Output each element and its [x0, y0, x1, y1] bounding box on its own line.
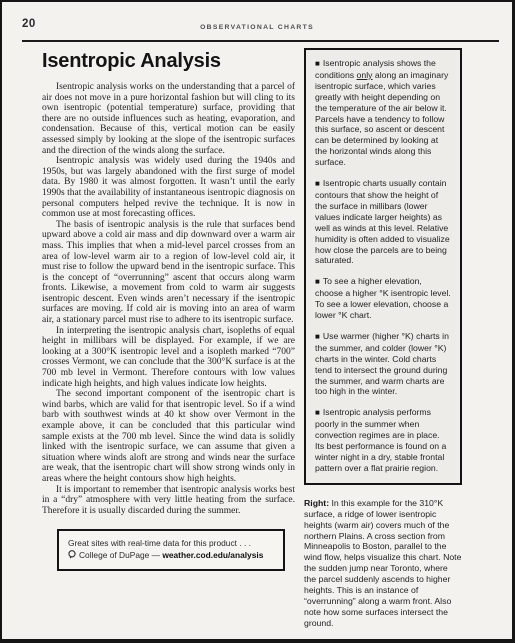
globe-icon	[68, 550, 76, 563]
main-column: Isentropic Analysis Isentropic analysis …	[42, 50, 295, 571]
square-bullet-icon: ■	[315, 408, 320, 417]
sidebar-bullet: ■Isentropic analysis performs poorly in …	[315, 407, 451, 473]
sidebar-bullet: ■Use warmer (higher °K) charts in the su…	[315, 331, 451, 397]
caption-text: In this example for the 310°K surface, a…	[304, 498, 461, 628]
caption-label: Right:	[304, 498, 329, 508]
bullet-text: To see a higher elevation, choose a high…	[315, 276, 451, 320]
square-bullet-icon: ■	[315, 277, 320, 286]
header-rule	[22, 40, 499, 42]
sidebar-bullet: ■To see a higher elevation, choose a hig…	[315, 276, 451, 321]
book-page: 20 OBSERVATIONAL CHARTS Isentropic Analy…	[0, 0, 515, 643]
separator-dash: —	[149, 550, 162, 560]
body-paragraph: The basis of isentropic analysis is the …	[42, 220, 295, 326]
bullet-text: Use warmer (higher °K) charts in the sum…	[315, 331, 449, 397]
bullet-text: Isentropic charts usually contain contou…	[315, 178, 450, 265]
square-bullet-icon: ■	[315, 59, 320, 68]
bullet-text: Isentropic analysis performs poorly in t…	[315, 407, 446, 473]
square-bullet-icon: ■	[315, 179, 320, 188]
body-paragraph: It is important to remember that isentro…	[42, 485, 295, 517]
site-url: weather.cod.edu/analysis	[162, 550, 263, 560]
sites-box-intro: Great sites with real-time data for this…	[68, 538, 275, 550]
body-paragraph: Isentropic analysis was widely used duri…	[42, 156, 295, 220]
body-paragraph: In interpreting the isentropic analysis …	[42, 326, 295, 390]
sidebar-bullet: ■Isentropic charts usually contain conto…	[315, 178, 451, 266]
square-bullet-icon: ■	[315, 332, 320, 341]
body-paragraph: Isentropic analysis works on the underst…	[42, 82, 295, 156]
running-header: OBSERVATIONAL CHARTS	[2, 24, 512, 31]
site-name: College of DuPage	[79, 550, 149, 560]
bullet-text: along an imaginary isentropic surface, w…	[315, 70, 448, 167]
sidebar-column: ■Isentropic analysis shows the condition…	[304, 48, 462, 629]
bullet-text-underlined: only	[357, 70, 373, 80]
figure-caption: Right: In this example for the 310°K sur…	[304, 498, 462, 629]
key-points-box: ■Isentropic analysis shows the condition…	[304, 48, 462, 485]
site-link-line: College of DuPage — weather.cod.edu/anal…	[68, 550, 275, 563]
body-paragraph: The second important component of the is…	[42, 389, 295, 484]
great-sites-box: Great sites with real-time data for this…	[57, 529, 285, 571]
page-title: Isentropic Analysis	[42, 50, 295, 73]
sidebar-bullet: ■Isentropic analysis shows the condition…	[315, 58, 451, 168]
